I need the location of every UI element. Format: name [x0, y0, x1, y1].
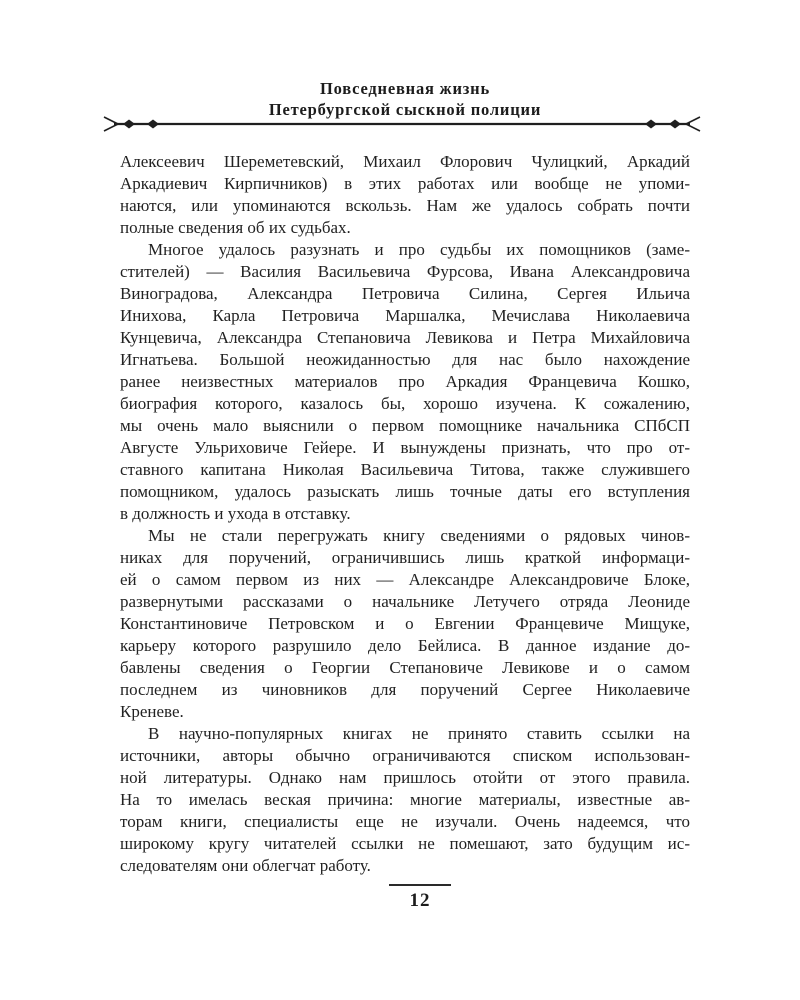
text-line: В научно-популярных книгах не принято ст… — [120, 723, 690, 745]
text-line: бавлены сведения о Георгии Степановиче Л… — [120, 657, 690, 679]
running-header-line1: Повседневная жизнь — [115, 78, 695, 99]
page-footer: 12 — [358, 884, 482, 912]
text-line: источники, авторы обычно ограничиваются … — [120, 745, 690, 767]
paragraph: В научно-популярных книгах не принято ст… — [120, 723, 690, 877]
text-line: Инихова, Карла Петровича Маршалка, Мечис… — [120, 305, 690, 327]
paragraph: Алексеевич Шереметевский, Михаил Флорови… — [120, 151, 690, 239]
text-line: Кунцевича, Александра Степановича Левико… — [120, 327, 690, 349]
text-line: последнем из чиновников для поручений Се… — [120, 679, 690, 701]
paragraph: Мы не стали перегружать книгу сведениями… — [120, 525, 690, 723]
text-line: широкому кругу читателей ссылки не помеш… — [120, 833, 690, 855]
running-header: Повседневная жизнь Петербургской сыскной… — [115, 78, 695, 120]
text-line: Игнатьева. Большой неожиданностью для на… — [120, 349, 690, 371]
text-line: На то имелась веская причина: многие мат… — [120, 789, 690, 811]
body-text: Алексеевич Шереметевский, Михаил Флорови… — [120, 151, 690, 877]
text-line: Мы не стали перегружать книгу сведениями… — [120, 525, 690, 547]
text-line: наются, или упоминаются вскользь. Нам же… — [120, 195, 690, 217]
text-line: никах для поручений, ограничившись лишь … — [120, 547, 690, 569]
text-line: биография которого, казалось бы, хорошо … — [120, 393, 690, 415]
text-line: Аркадиевич Кирпичников) в этих работах и… — [120, 173, 690, 195]
text-line: ной литературы. Однако нам пришлось отой… — [120, 767, 690, 789]
text-line: Августе Ульриховиче Гейере. И вынуждены … — [120, 437, 690, 459]
paragraph: Многое удалось разузнать и про судьбы их… — [120, 239, 690, 525]
text-line: Креневе. — [120, 701, 690, 723]
text-line: следователям они облегчат работу. — [120, 855, 690, 877]
text-line: развернутыми рассказами о начальнике Лет… — [120, 591, 690, 613]
text-line: в должность и ухода в отставку. — [120, 503, 690, 525]
book-page: { "page": { "running_header": { "line1":… — [0, 0, 800, 1000]
text-line: Алексеевич Шереметевский, Михаил Флорови… — [120, 151, 690, 173]
text-line: Многое удалось разузнать и про судьбы их… — [120, 239, 690, 261]
text-line: Виноградова, Александра Петровича Силина… — [120, 283, 690, 305]
text-line: стителей) — Василия Васильевича Фурсова,… — [120, 261, 690, 283]
text-line: ей о самом первом из них — Александре Ал… — [120, 569, 690, 591]
footer-rule — [389, 884, 451, 886]
arrow-rule-ornament-icon — [102, 116, 702, 132]
text-line: помощником, удалось разыскать лишь точны… — [120, 481, 690, 503]
page-number: 12 — [358, 890, 482, 912]
text-line: торам книги, специалисты еще не изучали.… — [120, 811, 690, 833]
text-line: ранее неизвестных материалов про Аркадия… — [120, 371, 690, 393]
text-line: ставного капитана Николая Васильевича Ти… — [120, 459, 690, 481]
text-line: Константиновиче Петровском и о Евгении Ф… — [120, 613, 690, 635]
text-line: мы очень мало выяснили о первом помощник… — [120, 415, 690, 437]
text-line: полные сведения об их судьбах. — [120, 217, 690, 239]
text-line: карьеру которого разрушило дело Бейлиса.… — [120, 635, 690, 657]
